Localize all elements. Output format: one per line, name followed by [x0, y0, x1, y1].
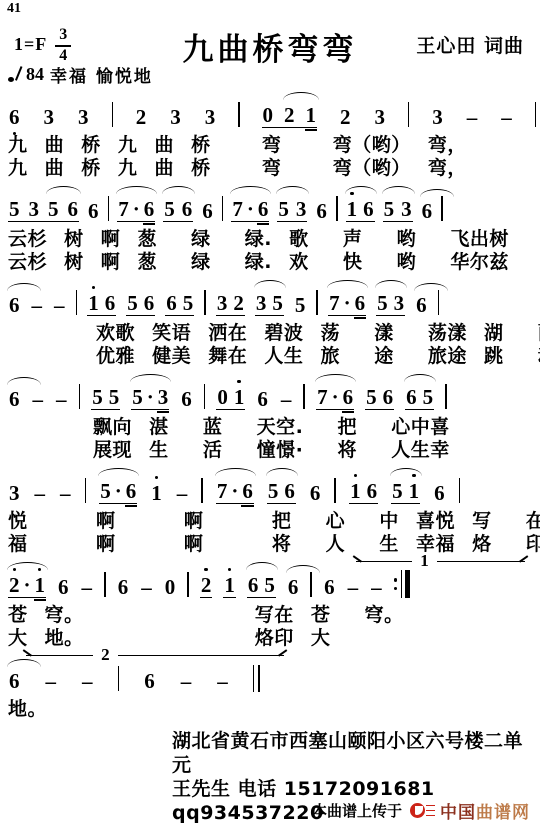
note: 6 — [256, 389, 269, 410]
note-group: 0 — [164, 577, 177, 598]
footer-upload-text: 本曲谱上传于 — [312, 800, 402, 821]
note: 6 — [181, 199, 194, 220]
note-group: 6 — [57, 577, 70, 598]
slur-arc — [116, 186, 157, 194]
composer-credit: 王心田 词曲 — [416, 31, 524, 58]
note: – — [140, 577, 153, 598]
note-group: 65 — [247, 575, 276, 598]
note-group: 56 — [126, 293, 155, 316]
note: 1 — [305, 105, 318, 126]
slur-arc — [390, 468, 422, 476]
barline — [408, 102, 409, 127]
lyric-line: 地。 — [8, 698, 536, 721]
note: 6 — [180, 389, 193, 410]
note-group: 6 — [309, 483, 322, 504]
tie-arc — [7, 283, 41, 291]
note: 6 — [143, 293, 156, 314]
sixteenth-underline — [125, 505, 138, 507]
note: 3 — [295, 199, 308, 220]
tie-arc — [7, 377, 41, 385]
note-group: 53 — [277, 199, 307, 222]
note: 6 — [201, 201, 214, 222]
note: 0 — [216, 387, 229, 408]
site-logo-icon — [410, 802, 436, 819]
note: 5 — [8, 199, 21, 220]
note-group: 53 — [376, 293, 405, 316]
note-group: – — [180, 671, 193, 692]
note-group: 5·6 — [99, 481, 137, 504]
note: 2 — [8, 575, 21, 596]
note-group: – — [34, 483, 47, 504]
sixteenth-underline — [342, 411, 355, 413]
note-group: 6 — [415, 295, 428, 316]
note: 1 — [233, 387, 246, 408]
page-number: 41 — [7, 1, 21, 17]
note-group: – — [176, 483, 189, 504]
note: 6 — [323, 577, 336, 598]
barline — [118, 666, 120, 691]
note: 0 — [262, 105, 275, 126]
note-group: 01 — [216, 387, 245, 410]
note: – — [347, 577, 360, 598]
slur-arc — [266, 468, 298, 476]
barline — [405, 570, 410, 598]
music-system: 6––165665323557·6536欢歌 笑语 洒在 碧波 荡 漾 荡漾 湖… — [8, 276, 536, 368]
music-system: 6––6––2地。 — [8, 652, 536, 721]
note-group: 2 — [200, 575, 213, 598]
barline — [104, 572, 106, 597]
barline — [187, 572, 189, 597]
note-group: 16 — [346, 199, 375, 222]
note: 1 — [150, 483, 163, 504]
note: 3 — [431, 107, 444, 128]
sixteenth-underline — [305, 129, 318, 131]
repeat-dots — [394, 578, 398, 590]
sheet-music-page: 41 1=F 3 4 九曲桥弯弯 王心田 词曲 84 幸福 愉悦地 633233… — [0, 0, 540, 826]
note: 6 — [309, 483, 322, 504]
note: – — [53, 295, 66, 316]
note-group: – — [45, 671, 58, 692]
note: 3 — [374, 107, 387, 128]
lyric-line: 悦 啊 啊 把 心 中 喜悦 写 在 — [8, 510, 536, 533]
note-group: 65 — [165, 293, 194, 316]
note: 5 — [131, 387, 144, 408]
note: 6 — [57, 577, 70, 598]
note: – — [32, 389, 45, 410]
music-line: 3––5·61–7·656616516 — [8, 464, 536, 510]
note-group: 65 — [405, 387, 434, 410]
note: 3 — [157, 387, 170, 408]
note-group: 3 — [374, 107, 387, 128]
barline — [108, 196, 110, 221]
note-group: 55 — [91, 387, 120, 410]
slur-arc — [404, 374, 436, 382]
note: 6 — [315, 201, 328, 222]
note-group: 6 — [315, 201, 328, 222]
note: 2 — [200, 575, 213, 596]
note: 6 — [287, 577, 300, 598]
note: 7 — [117, 199, 130, 220]
barline — [445, 384, 447, 409]
site-footer: 本曲谱上传于 中国 曲谱网 — [312, 799, 530, 821]
barline — [85, 478, 87, 503]
note: 5 — [277, 199, 290, 220]
note-group: 35 — [255, 293, 284, 316]
repeat-barline — [394, 570, 410, 598]
barline — [76, 290, 78, 315]
music-line: 6––555·36016–7·65665 — [8, 370, 536, 416]
music-line: 6––165665323557·6536 — [8, 276, 536, 322]
slur-arc — [254, 280, 286, 288]
barline — [112, 102, 113, 127]
note: 3 — [204, 107, 217, 128]
note-group: 7·6 — [316, 387, 354, 410]
note: · — [230, 481, 239, 502]
octave-dot-above — [155, 476, 158, 479]
note: 6 — [415, 295, 428, 316]
note-group: 32 — [216, 293, 245, 316]
note-group: 6 — [287, 577, 300, 598]
slur-arc — [315, 374, 356, 382]
note: 2 — [283, 105, 296, 126]
note-group: 6 — [433, 483, 446, 504]
note-group: 6 — [180, 389, 193, 410]
site-name-light: 曲谱网 — [476, 798, 530, 823]
note-group: 3 — [8, 483, 21, 504]
note: 6 — [143, 671, 156, 692]
note: · — [331, 387, 340, 408]
volta-bracket: 2 — [26, 655, 284, 667]
note-group: 7·6 — [231, 199, 269, 222]
note-group: 1 — [223, 575, 236, 598]
note: 3 — [393, 293, 406, 314]
note-group: – — [81, 671, 94, 692]
tie-arc — [414, 283, 448, 291]
octave-dot-above — [92, 286, 95, 289]
note: 5 — [99, 481, 112, 502]
note: 5 — [108, 387, 121, 408]
barline — [201, 478, 203, 503]
note: · — [146, 387, 155, 408]
note: – — [81, 671, 94, 692]
note: 3 — [28, 199, 41, 220]
note: 7 — [231, 199, 244, 220]
slur-arc — [375, 280, 407, 288]
lyric-line: 福 啊 啊 将 人 生 幸福 烙 印 — [8, 533, 536, 556]
barline — [303, 384, 305, 409]
note: 2 — [135, 107, 148, 128]
contact-address: 湖北省黄石市西塞山颐阳小区六号楼二单元 — [172, 729, 540, 777]
note-group: – — [32, 389, 45, 410]
note: 6 — [382, 387, 395, 408]
note-group: 56 — [267, 481, 296, 504]
note-group: 6 — [117, 577, 130, 598]
barline — [253, 665, 255, 692]
lyric-line: 九 曲 桥 九 曲 桥 弯 弯（哟） 弯， — [8, 134, 536, 157]
barline — [336, 196, 338, 221]
tempo-bpm: 84 — [26, 64, 44, 85]
site-name-dark: 中国 — [440, 798, 476, 823]
note-group: – — [370, 577, 383, 598]
note-group: – — [500, 107, 513, 128]
note: – — [466, 107, 479, 128]
volta-label: 1 — [412, 552, 437, 569]
octave-dot-above — [204, 568, 207, 571]
barline — [310, 572, 312, 597]
note: 6 — [433, 483, 446, 504]
note-group: 2 — [339, 107, 352, 128]
note-group: 6 — [256, 389, 269, 410]
note-group: 6 — [421, 201, 434, 222]
note: 5 — [422, 387, 435, 408]
barline — [204, 384, 206, 409]
slur-arc — [276, 186, 309, 194]
note: 5 — [47, 199, 60, 220]
barline — [459, 478, 461, 503]
barline — [438, 290, 440, 315]
note-group: 53 — [383, 199, 413, 222]
note: 6 — [67, 199, 80, 220]
note: 5 — [294, 295, 307, 316]
music-line: 535667·65667·653616536 — [8, 182, 536, 228]
note-group: 6 — [8, 389, 21, 410]
barline — [258, 665, 260, 692]
note: 3 — [216, 293, 229, 314]
note: 7 — [216, 481, 229, 502]
barline — [441, 196, 443, 221]
note: – — [500, 107, 513, 128]
lyric-line: 欢歌 笑语 洒在 碧波 荡 漾 荡漾 湖 面。 — [8, 322, 536, 345]
note-group: 3 — [204, 107, 217, 128]
note: 5 — [182, 293, 195, 314]
music-line: 6––6––2 — [8, 652, 308, 698]
octave-dot-above — [354, 474, 357, 477]
note: 1 — [349, 481, 362, 502]
note: 6 — [247, 575, 260, 596]
note-group: – — [347, 577, 360, 598]
note: 3 — [255, 293, 268, 314]
note: 6 — [342, 387, 355, 408]
note: 3 — [8, 483, 21, 504]
note-group: 3 — [169, 107, 182, 128]
slur-arc — [130, 374, 171, 382]
note-group: – — [140, 577, 153, 598]
note: 5 — [91, 387, 104, 408]
tie-arc — [286, 565, 320, 573]
note: 6 — [8, 107, 21, 128]
note: 5 — [271, 293, 284, 314]
lyric-line: 大 地。 烙印 大 — [8, 627, 536, 650]
note-group: – — [53, 295, 66, 316]
note: 6 — [354, 293, 367, 314]
note: 1 — [408, 481, 421, 502]
barline — [535, 102, 536, 127]
music-line: 2·16–6–0216566––1 — [8, 558, 536, 604]
note: 5 — [391, 481, 404, 502]
note-group: 6 — [8, 295, 21, 316]
slur-arc — [327, 280, 368, 288]
note-group: – — [55, 389, 68, 410]
sixteenth-underline — [257, 223, 270, 225]
note-group: – — [216, 671, 229, 692]
barline — [79, 384, 81, 409]
barline — [204, 290, 206, 315]
tempo-line: 84 幸福 愉悦地 — [8, 62, 153, 86]
slur-arc — [246, 562, 278, 570]
note: – — [216, 671, 229, 692]
note: · — [114, 481, 123, 502]
note-group: 7·6 — [117, 199, 155, 222]
barline — [316, 290, 318, 315]
note: · — [23, 575, 32, 596]
music-system: 633233021233––九 曲 桥 九 曲 桥 弯 弯（哟） 弯，九 曲 桥… — [8, 88, 536, 180]
note: – — [176, 483, 189, 504]
note: · — [132, 199, 141, 220]
note-group: 6 — [8, 671, 21, 692]
note: 0 — [164, 577, 177, 598]
note-group: 7·6 — [328, 293, 366, 316]
slur-arc — [7, 562, 48, 570]
note-group: 16 — [349, 481, 378, 504]
note: – — [45, 671, 58, 692]
slur-arc — [98, 468, 139, 476]
note-group: – — [59, 483, 72, 504]
note-group: – — [81, 577, 94, 598]
note: 3 — [77, 107, 90, 128]
note: – — [180, 671, 193, 692]
note-group: 6 — [8, 107, 21, 128]
note-group: 56 — [365, 387, 394, 410]
lyric-line: 展现 生 活 憧憬· 将 人生幸 — [8, 439, 536, 462]
lyric-line: 优雅 健美 舞在 人生 旅 途 旅途 跳 动。 — [8, 345, 536, 368]
note: 1 — [346, 199, 359, 220]
note-group: 7·6 — [216, 481, 254, 504]
note: 1 — [223, 575, 236, 596]
note-group: 5356 — [8, 199, 79, 222]
note-group: 5 — [294, 295, 307, 316]
octave-dot-above — [228, 568, 231, 571]
note: – — [34, 483, 47, 504]
note: 3 — [43, 107, 56, 128]
note: · — [246, 199, 255, 220]
octave-dot-above — [237, 380, 240, 383]
note-group: – — [31, 295, 44, 316]
slur-arc — [162, 186, 195, 194]
music-system: 3––5·61–7·656616516悦 啊 啊 把 心 中 喜悦 写 在福 啊… — [8, 464, 536, 556]
lyric-line: 飘向 湛 蓝 天空. 把 心中喜 — [8, 416, 536, 439]
note: 7 — [316, 387, 329, 408]
note-group: 6 — [323, 577, 336, 598]
slur-arc — [46, 186, 81, 194]
note-group: – — [466, 107, 479, 128]
note-group: 021 — [262, 105, 318, 128]
note-group: 1 — [150, 483, 163, 504]
note-group: 6 — [201, 201, 214, 222]
sixteenth-underline — [143, 223, 156, 225]
lyric-line: 苍 穹。 写在 苍 穹。 — [8, 604, 536, 627]
note: 3 — [169, 107, 182, 128]
tie-arc — [420, 189, 454, 197]
note: 7 — [328, 293, 341, 314]
note: – — [59, 483, 72, 504]
note: 6 — [125, 481, 138, 502]
note: 6 — [421, 201, 434, 222]
lyric-line: 云杉 树 啊 葱 绿 绿. 歌 声 哟 飞出树 林 — [8, 228, 536, 251]
slur-arc — [215, 468, 256, 476]
note: 3 — [400, 199, 413, 220]
barline — [238, 102, 239, 127]
note-group: 2 — [135, 107, 148, 128]
note: 5 — [263, 575, 276, 596]
volta-bracket: 1 — [356, 561, 525, 573]
note: – — [55, 389, 68, 410]
note: – — [81, 577, 94, 598]
note: – — [31, 295, 44, 316]
note-group: 56 — [163, 199, 193, 222]
note-group: 6 — [87, 201, 100, 222]
note: 6 — [257, 199, 270, 220]
note: 5 — [376, 293, 389, 314]
note: 1 — [34, 575, 47, 596]
note: 6 — [8, 671, 21, 692]
slur-arc — [345, 186, 377, 194]
slur-arc — [230, 186, 271, 194]
sixteenth-underline — [354, 317, 367, 319]
slur-arc — [283, 92, 319, 100]
note-group: 3 — [43, 107, 56, 128]
note: 6 — [8, 389, 21, 410]
note: 5 — [163, 199, 176, 220]
tempo-mood: 幸福 愉悦地 — [50, 62, 153, 87]
music-system: 535667·65667·653616536云杉 树 啊 葱 绿 绿. 歌 声 … — [8, 182, 536, 274]
note: 6 — [165, 293, 178, 314]
slur-arc — [382, 186, 415, 194]
lyric-line: 云杉 树 啊 葱 绿 绿. 欢 快 哟 华尔兹 舞 — [8, 251, 536, 274]
quarter-note-icon — [8, 64, 24, 84]
music-system: 2·16–6–0216566––1苍 穹。 写在 苍 穹。大 地。 烙印 大 — [8, 558, 536, 650]
barline — [401, 570, 403, 598]
barline — [222, 196, 224, 221]
music-system: 6––555·36016–7·65665飘向 湛 蓝 天空. 把 心中喜展现 生… — [8, 370, 536, 462]
note: 5 — [126, 293, 139, 314]
note-group: 2·1 — [8, 575, 46, 598]
note: – — [280, 389, 293, 410]
sixteenth-underline — [241, 505, 254, 507]
music-line: 633233021233–– — [8, 88, 536, 134]
note: 6 — [362, 199, 375, 220]
barline — [334, 478, 336, 503]
note-group: 5·3 — [131, 387, 169, 410]
note: 6 — [366, 481, 379, 502]
note: 6 — [8, 295, 21, 316]
note: 5 — [365, 387, 378, 408]
final-barline — [253, 665, 260, 692]
lyric-line: 九 曲 桥 九 曲 桥 弯 弯（哟） 弯， — [8, 157, 536, 180]
note: 6 — [283, 481, 296, 502]
music-systems: 633233021233––九 曲 桥 九 曲 桥 弯 弯（哟） 弯，九 曲 桥… — [8, 88, 536, 723]
note: 1 — [87, 293, 100, 314]
note: · — [343, 293, 352, 314]
note: 6 — [143, 199, 156, 220]
note: 5 — [267, 481, 280, 502]
note-group: 51 — [391, 481, 420, 504]
note: 2 — [339, 107, 352, 128]
note-group: 3 — [431, 107, 444, 128]
note: 6 — [241, 481, 254, 502]
sixteenth-underline — [157, 411, 170, 413]
note-group: 16 — [87, 293, 116, 316]
volta-label: 2 — [93, 646, 118, 663]
